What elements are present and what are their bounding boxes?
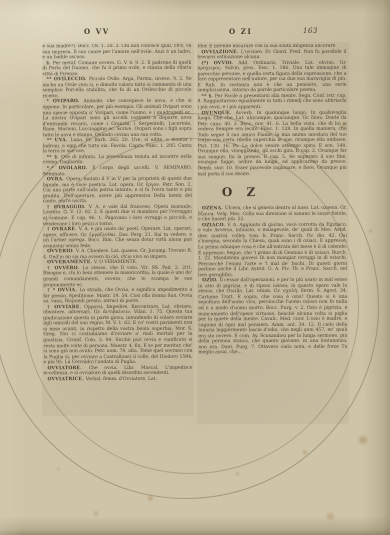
dictionary-entry: OVUNQUE. Avverb. In qualunque luogo, In …: [198, 110, 347, 177]
running-head-right: O ZI: [229, 27, 252, 36]
dictionary-entry: ** §. Ove di infinita. La precedenza ten…: [43, 155, 192, 167]
entry-headword: † OVRARE.: [47, 227, 79, 232]
right-column-top-entries: Mor. E intende misurare con la sua solit…: [197, 44, 346, 178]
dictionary-entry: * OVIPARO. Animale, che concepisce le uo…: [43, 99, 192, 138]
foxing-spot: [92, 510, 100, 517]
entry-headword: † * OVVIA.: [47, 288, 79, 293]
book-page-scan: O VV O ZI 163 e sua madre?). Bocc. Ov. 1…: [0, 0, 390, 535]
dictionary-entry: e sua madre?). Bocc. Ov. 1. 20. 3. Chi n…: [42, 44, 191, 61]
dictionary-entry: † OVVERO. Lo stesso, che Il voto. Vit. S…: [43, 266, 192, 289]
entry-headword: † OVVERO.: [47, 266, 82, 271]
entry-headword: † OVVIARE.: [47, 305, 84, 310]
entry-headword: OVVERIO.: [47, 249, 76, 254]
foxing-spot: [234, 471, 241, 477]
dictionary-entry: *.* OVOLARO. Il corpo degli uccelli. V. …: [43, 166, 192, 178]
right-text-column: Mor. E intende misurare con la sua solit…: [197, 44, 347, 425]
page-number: 163: [303, 27, 318, 35]
dictionary-entry: OZIO. Il cessar dall'operazioni, e per l…: [198, 278, 347, 356]
dictionary-entry: OZIACO. V. A. Aggiunto di giorno, voce c…: [198, 223, 347, 279]
entry-headword: OZIO.: [202, 278, 219, 283]
foxing-spot: [301, 449, 309, 456]
section-heading-oz: O Z: [222, 186, 347, 198]
entry-headword: ** OVILECCIO.: [46, 77, 88, 82]
dictionary-entry: OVVIATRICE. Verbal. femm. d'Ovviatore, L…: [44, 377, 193, 383]
entry-headword: OVVIAZIONE.: [201, 50, 241, 55]
entry-headword: ** §.: [47, 155, 61, 160]
entry-headword: OVVERAMENTE.: [47, 260, 94, 265]
entry-headword: OVRA.: [47, 177, 66, 182]
foxing-spot: [324, 512, 337, 521]
entry-headword: *.* OVOLARO.: [47, 166, 93, 171]
entry-headword: OZIACO.: [202, 223, 227, 228]
dictionary-entry: ** UVA. Luna. Fr. Barb. 265. 20. Uve, sì…: [43, 138, 192, 155]
entry-headword: OVVIATRICE.: [48, 377, 86, 382]
foxing-spot: [146, 494, 155, 502]
entry-headword: OZENA.: [202, 206, 225, 211]
entry-headword: OVUNQUE.: [202, 111, 236, 116]
entry-headword: ** UVA.: [47, 138, 71, 143]
dictionary-entry: OVVIAZIONE. L'ovviare. Fr. Giord. Pred. …: [197, 49, 346, 61]
dictionary-entry: (*) OVVIO. Add. Ordinario, Triviale. Lat…: [197, 60, 346, 94]
entry-headword: (*) OVVIO.: [201, 61, 238, 66]
dictionary-entry: † OVVIARE. Opporsi, Impedire, Riscontrar…: [43, 304, 192, 366]
dictionary-entry: OVVIATORE. Che ovvia. Libr. Mascal. L'im…: [43, 365, 192, 377]
dictionary-entry: OVVERIO. V. A. Chiedere. Lat. quaeso. Gr…: [43, 249, 192, 261]
running-head-left: O VV: [84, 27, 110, 36]
dictionary-entry: † OVRAGGIO. V. A. e vale dal francese. O…: [43, 205, 192, 228]
entry-headword: ** §.: [202, 94, 215, 99]
dictionary-entry: † * OVVIA. La strada, che Ovvia, e signi…: [43, 288, 192, 305]
dictionary-entry: ** OVILECCIO. Piccolo Ovile. Arga, Parma…: [42, 77, 191, 100]
right-column-bottom-entries: OZENA. Ulcera, che si genera dentro al n…: [198, 206, 348, 356]
entry-headword: * OVIPARO.: [47, 100, 84, 105]
entry-headword: §.: [46, 61, 52, 66]
dictionary-entry: † OVRARE. V. A. e più usato da' poeti. O…: [43, 227, 192, 250]
foxing-spot: [356, 434, 370, 446]
dictionary-entry: ** §. Per Facile a presentarsi alla ment…: [198, 94, 347, 111]
dictionary-entry: OZENA. Ulcera, che si genera dentro al n…: [198, 206, 347, 223]
dictionary-entry: OVRA. Opera, mutato il V in V per la pro…: [43, 177, 192, 205]
entry-headword: † OVRAGGIO.: [47, 205, 89, 210]
entry-headword: OVVIATORE.: [47, 366, 88, 371]
left-text-column: e sua madre?). Bocc. Ov. 1. 20. 3. Chi n…: [42, 44, 192, 417]
dictionary-entry: §. Per metaf. Comune ovvero. G. V. 4. 9.…: [42, 60, 191, 77]
foxing-spot: [55, 466, 62, 472]
foxing-spot: [367, 228, 374, 234]
